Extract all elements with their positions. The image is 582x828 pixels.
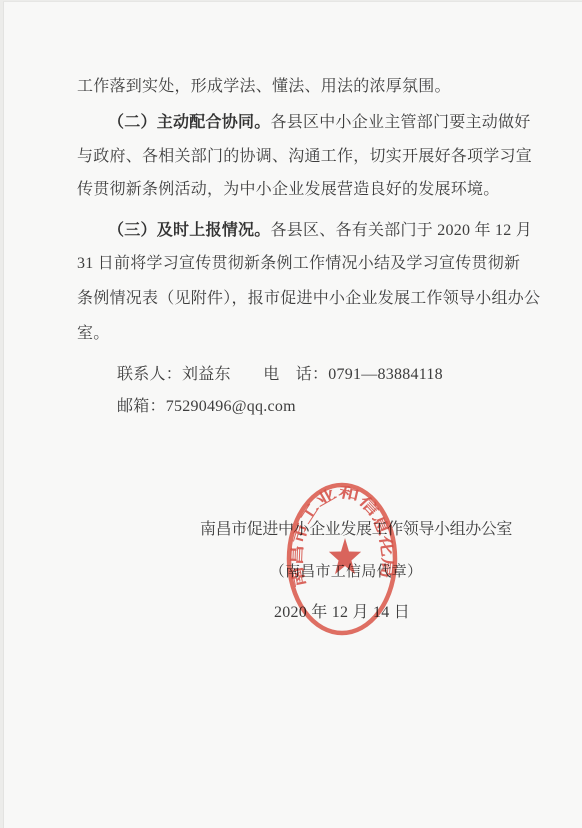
contact-email-line: 邮箱：75290496@qq.com	[117, 396, 296, 418]
paragraph-lead: （三）及时上报情况。	[108, 222, 271, 239]
document-page: 工作落到实处，形成学法、懂法、用法的浓厚氛围。 （二）主动配合协同。各县区中小企…	[3, 1, 582, 828]
contact-person-line: 联系人：刘益东 电 话：0791—83884118	[117, 364, 443, 386]
paragraph-line: 工作落到实处，形成学法、懂法、用法的浓厚氛围。	[77, 76, 451, 98]
paragraph-lead: （二）主动配合协同。	[108, 114, 271, 131]
paragraph-text: 各县区中小企业主管部门要主动做好	[271, 114, 531, 131]
paragraph-line: 传贯彻新条例活动，为中小企业发展营造良好的发展环境。	[77, 179, 500, 201]
seal-arc-text: 南昌市工业和信息化局	[288, 483, 397, 589]
paragraph-line: （二）主动配合协同。各县区中小企业主管部门要主动做好	[77, 112, 531, 134]
paragraph-line: 与政府、各相关部门的协调、沟通工作，切实开展好各项学习宣	[77, 146, 532, 168]
paragraph-line: 室。	[77, 323, 110, 345]
paragraph-line: 条例情况表（见附件），报市促进中小企业发展工作领导小组办公	[77, 288, 540, 310]
star-icon	[329, 538, 361, 574]
paragraph-line: （三）及时上报情况。各县区、各有关部门于 2020 年 12 月	[77, 220, 532, 242]
paragraph-line: 31 日前将学习宣传贯彻新条例工作情况小结及学习宣传贯彻新	[77, 253, 520, 275]
official-seal: 南昌市工业和信息化局	[262, 474, 427, 644]
paragraph-text: 各县区、各有关部门于 2020 年 12 月	[271, 222, 533, 239]
